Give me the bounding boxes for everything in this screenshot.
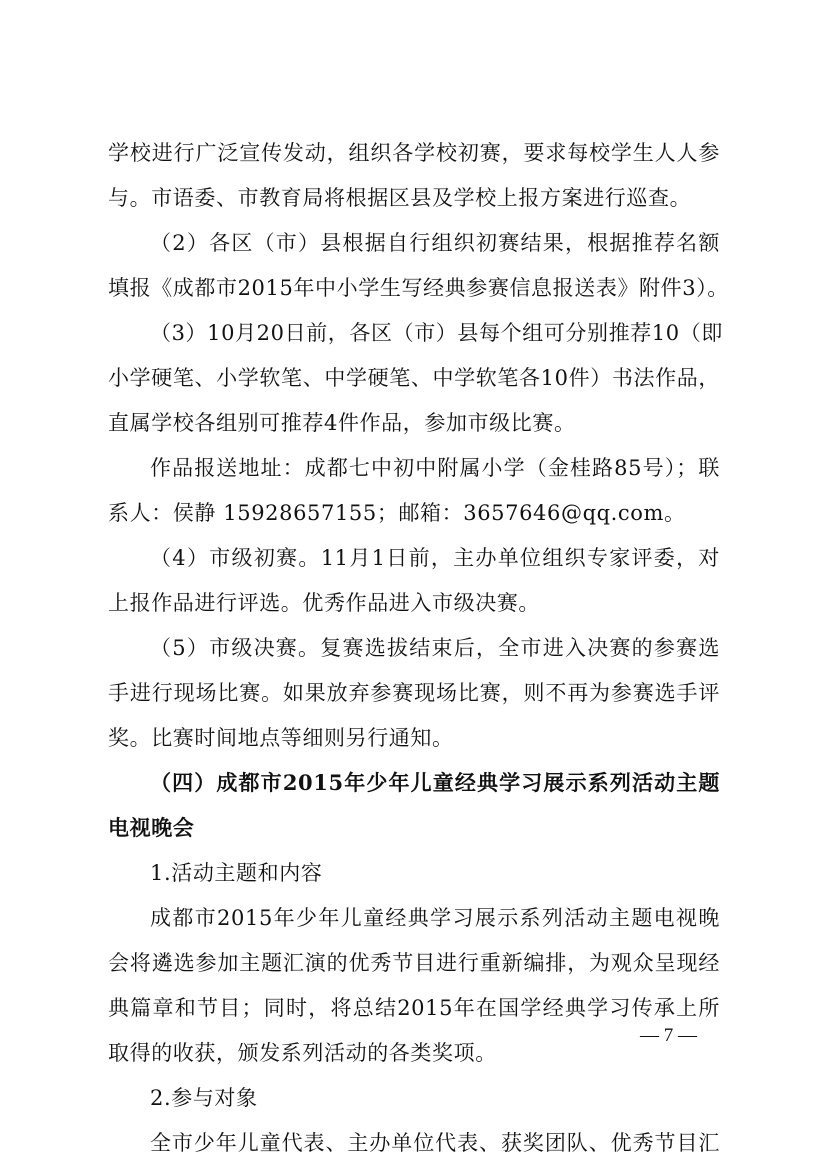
body-line: 典篇章和节目；同时，将总结2015年在国学经典学习传承上所 [108, 993, 720, 1023]
body-line: 上报作品进行评选。优秀作品进入市级决赛。 [108, 588, 720, 618]
body-line: （5）市级决赛。复赛选拔结束后，全市进入决赛的参赛选 [150, 633, 720, 663]
body-line: 成都市2015年少年儿童经典学习展示系列活动主题电视晚 [150, 903, 720, 933]
section-heading: （四）成都市2015年少年儿童经典学习展示系列活动主题 [150, 768, 720, 798]
body-line: 全市少年儿童代表、主办单位代表、获奖团队、优秀节目汇 [150, 1128, 720, 1158]
body-line: 取得的收获，颁发系列活动的各类奖项。 [108, 1038, 720, 1068]
body-line: （3）10月20日前，各区（市）县每个组可分别推荐10（即 [150, 318, 720, 348]
body-line: 手进行现场比赛。如果放弃参赛现场比赛，则不再为参赛选手评 [108, 678, 720, 708]
body-line: 学校进行广泛宣传发动，组织各学校初赛，要求每校学生人人参 [108, 138, 720, 168]
subsection-heading: 1.活动主题和内容 [150, 858, 720, 888]
body-line: 系人：侯静 15928657155；邮箱：3657646@qq.com。 [108, 498, 720, 528]
body-line: 直属学校各组别可推荐4件作品，参加市级比赛。 [108, 408, 720, 438]
body-line: （4）市级初赛。11月1日前，主办单位组织专家评委，对 [150, 543, 720, 573]
body-line: 小学硬笔、小学软笔、中学硬笔、中学软笔各10件）书法作品， [108, 363, 720, 393]
body-line: 与。市语委、市教育局将根据区县及学校上报方案进行巡查。 [108, 183, 720, 213]
section-heading: 电视晚会 [108, 813, 720, 843]
body-line: 会将遴选参加主题汇演的优秀节目进行重新编排，为观众呈现经 [108, 948, 720, 978]
body-line: 作品报送地址：成都七中初中附属小学（金桂路85号）；联 [150, 453, 720, 483]
body-line: 填报《成都市2015年中小学生写经典参赛信息报送表》附件3）。 [108, 273, 720, 303]
body-line: （2）各区（市）县根据自行组织初赛结果，根据推荐名额 [150, 228, 720, 258]
page-number: — 7 — [640, 1024, 697, 1048]
body-line: 奖。比赛时间地点等细则另行通知。 [108, 723, 720, 753]
subsection-heading: 2.参与对象 [150, 1083, 720, 1113]
